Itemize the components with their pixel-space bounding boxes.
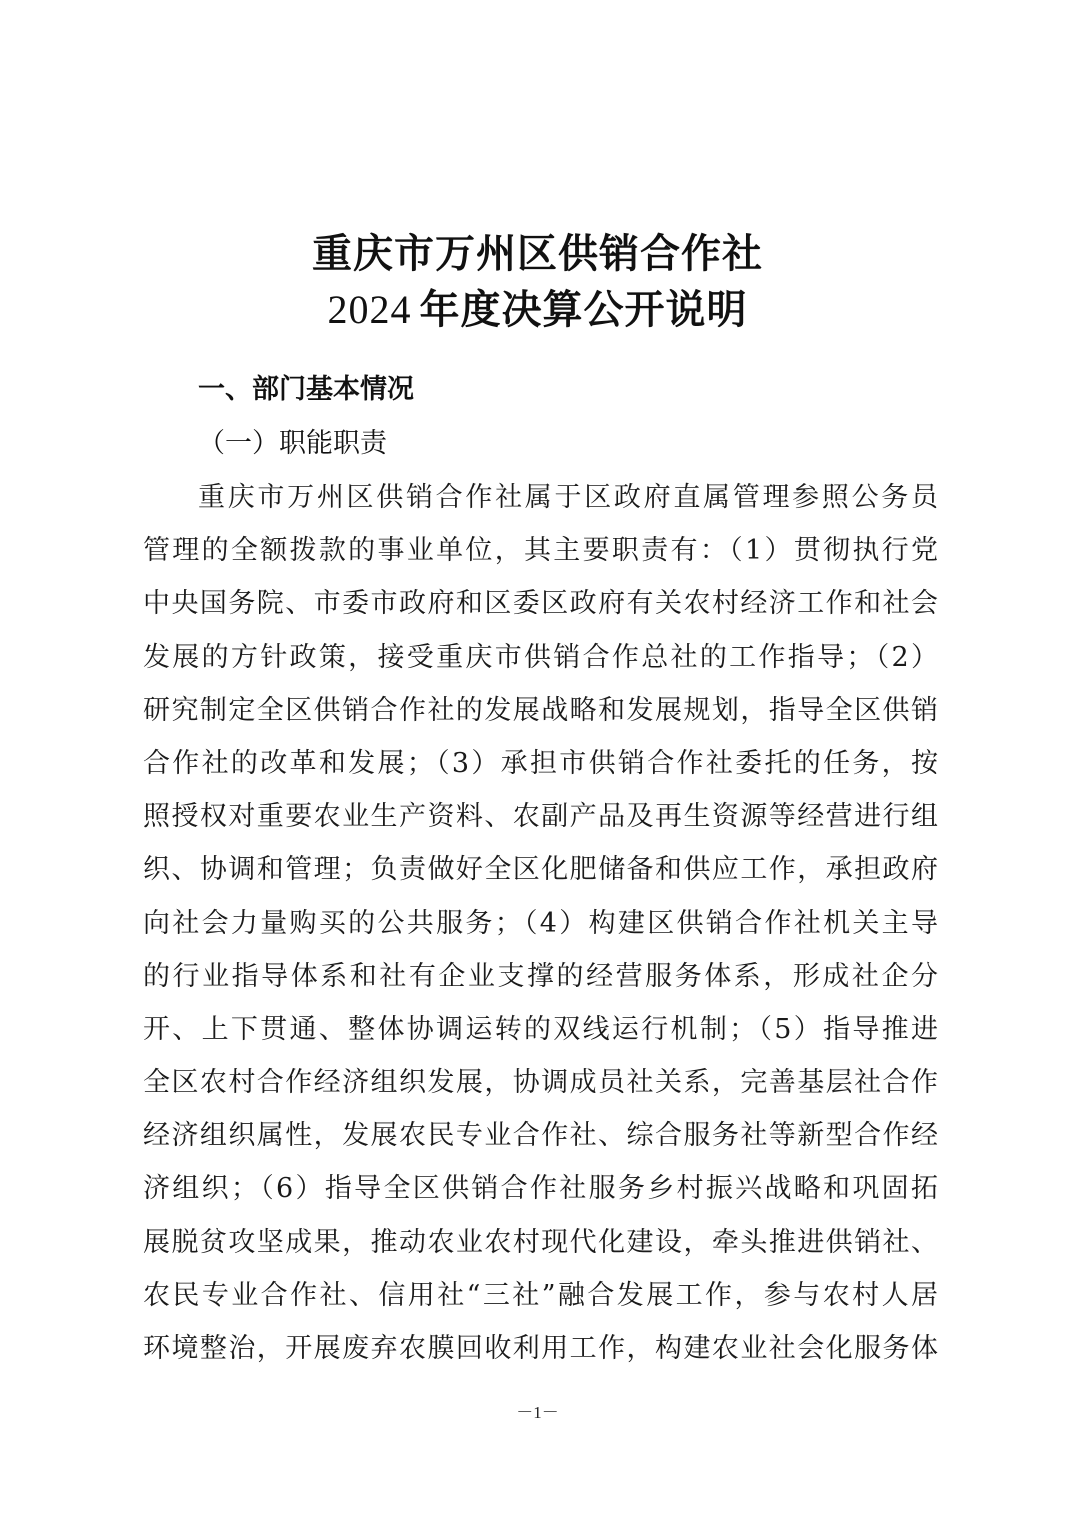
paragraph-line: 照授权对重要农业生产资料、农副产品及再生资源等经营进行组	[143, 795, 938, 848]
paragraph-line: 全区农村合作经济组织发展，协调成员社关系，完善基层社合作	[143, 1061, 938, 1114]
paragraph-line: 环境整治，开展废弃农膜回收利用工作，构建农业社会化服务体	[143, 1327, 938, 1380]
paragraph-line: 的行业指导体系和社有企业支撑的经营服务体系，形成社企分	[143, 955, 938, 1008]
paragraph-line: 农民专业合作社、信用社“三社”融合发展工作，参与农村人居	[143, 1274, 938, 1327]
paragraph-line: 重庆市万州区供销合作社属于区政府直属管理参照公务员	[143, 476, 938, 529]
paragraph-line: 经济组织属性，发展农民专业合作社、综合服务社等新型合作经	[143, 1114, 938, 1167]
paragraph-line: 合作社的改革和发展；（3）承担市供销合作社委托的任务，按	[143, 742, 938, 795]
paragraph-line: 研究制定全区供销合作社的发展战略和发展规划，指导全区供销	[143, 689, 938, 742]
title-year: 2024	[328, 287, 412, 332]
paragraph-body: 重庆市万州区供销合作社属于区政府直属管理参照公务员 管理的全额拨款的事业单位，其…	[143, 476, 938, 1380]
paragraph-line: 向社会力量购买的公共服务；（4）构建区供销合作社机关主导	[143, 902, 938, 955]
paragraph-line: 织、协调和管理；负责做好全区化肥储备和供应工作，承担政府	[143, 848, 938, 901]
document-title-line-1: 重庆市万州区供销合作社	[0, 226, 1075, 282]
paragraph-line: 开、上下贯通、整体协调运转的双线运行机制；（5）指导推进	[143, 1008, 938, 1061]
document-page: 重庆市万州区供销合作社 2024年度决算公开说明 一、部门基本情况 （一）职能职…	[0, 0, 1075, 1520]
title-rest: 年度决算公开说明	[420, 286, 748, 333]
paragraph-line: 展脱贫攻坚成果，推动农业农村现代化建设，牵头推进供销社、	[143, 1221, 938, 1274]
subsection-heading: （一）职能职责	[198, 424, 387, 464]
section-heading: 一、部门基本情况	[198, 370, 414, 410]
page-number: －1－	[0, 1398, 1075, 1423]
paragraph-line: 管理的全额拨款的事业单位，其主要职责有：（1）贯彻执行党	[143, 529, 938, 582]
document-title-line-2: 2024年度决算公开说明	[0, 282, 1075, 338]
paragraph-line: 发展的方针政策，接受重庆市供销合作总社的工作指导；（2）	[143, 636, 938, 689]
paragraph-line: 中央国务院、市委市政府和区委区政府有关农村经济工作和社会	[143, 582, 938, 635]
paragraph-line: 济组织；（6）指导全区供销合作社服务乡村振兴战略和巩固拓	[143, 1167, 938, 1220]
